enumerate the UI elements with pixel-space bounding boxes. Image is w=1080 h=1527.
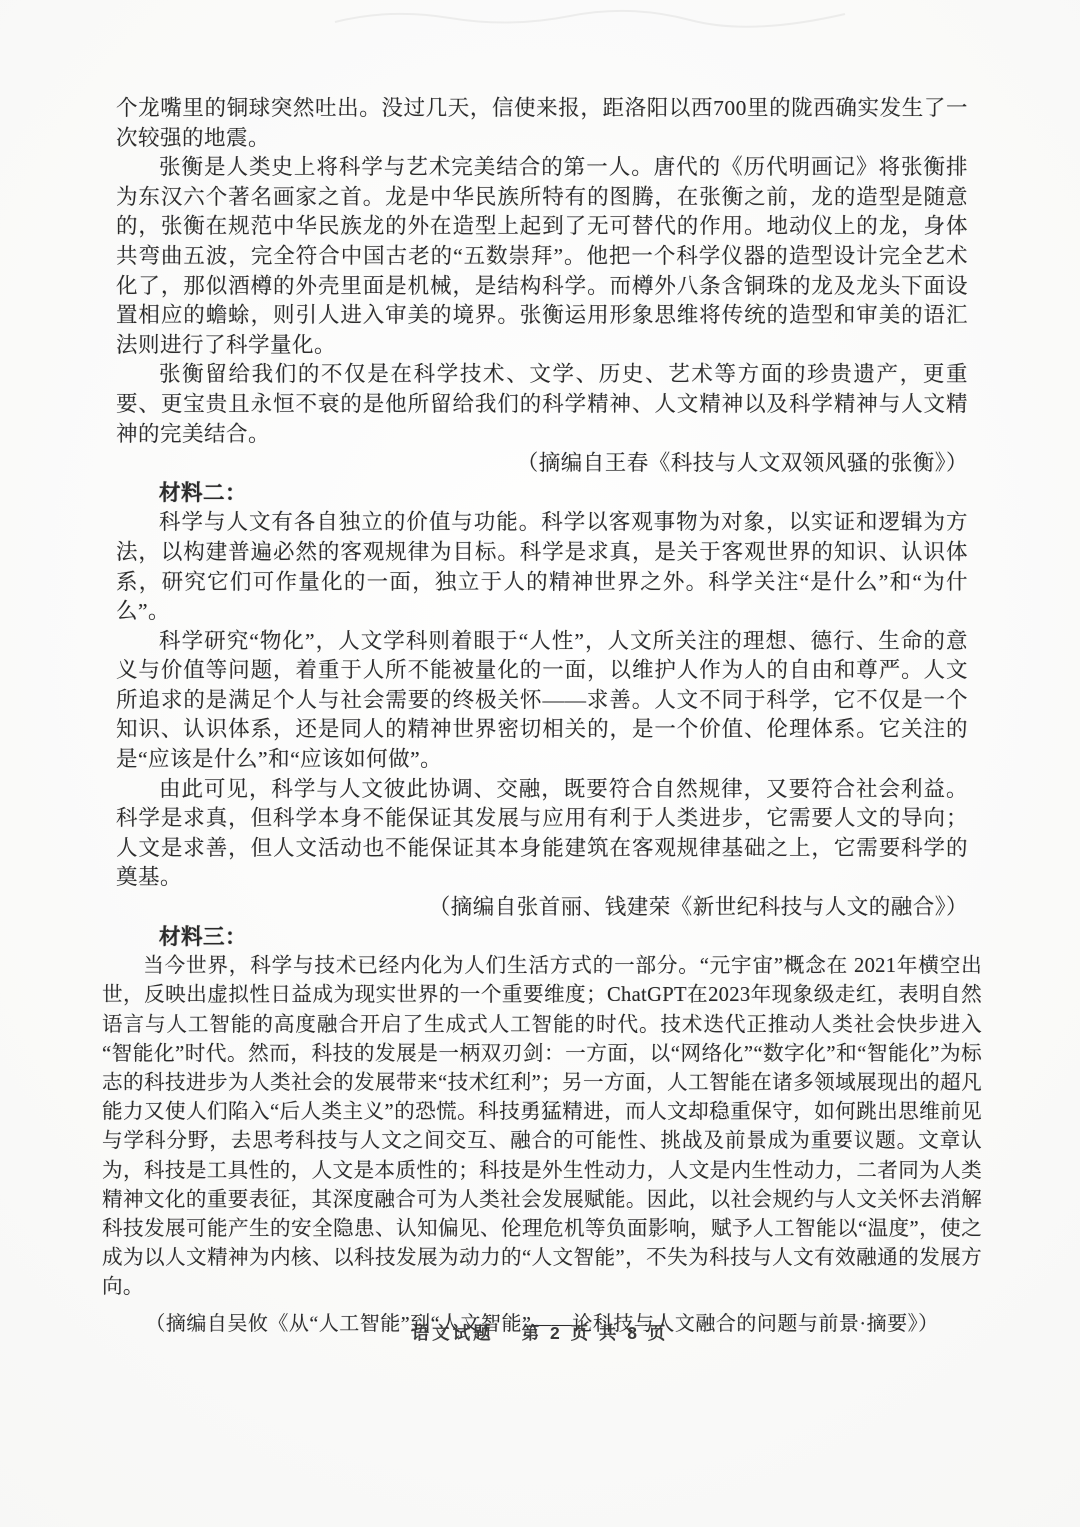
zhangheng-art-science-paragraph: 张衡是人类史上将科学与艺术完美结合的第一人。唐代的《历代明画记》将张衡排为东汉六… [116, 153, 968, 360]
footer-doc-title: 语文试题 [412, 1323, 494, 1343]
document-body: 个龙嘴里的铜球突然吐出。没过几天，信使来报，距洛阳以西700里的陇西确实发生了一… [116, 94, 968, 1339]
material-2-attribution: （摘编自张首丽、钱建荣《新世纪科技与人文的融合》） [116, 893, 968, 923]
humanities-nature-paragraph: 科学研究“物化”，人文学科则着眼于“人性”，人文所关注的理想、德行、生命的意义与… [116, 627, 968, 775]
exam-paper-page: 个龙嘴里的铜球突然吐出。没过几天，信使来报，距洛阳以西700里的陇西确实发生了一… [0, 0, 1080, 1527]
science-humanities-values-paragraph: 科学与人文有各自独立的价值与功能。科学以客观事物为对象，以实证和逻辑为方法，以构… [116, 508, 968, 626]
material-1-attribution: （摘编自王春《科技与人文双领风骚的张衡》） [116, 449, 968, 479]
zhangheng-legacy-paragraph: 张衡留给我们的不仅是在科学技术、文学、历史、艺术等方面的珍贵遗产，更重要、更宝贵… [116, 360, 968, 449]
page-footer: 语文试题第 2 页 共 8 页 [0, 1320, 1080, 1345]
continuation-paragraph: 个龙嘴里的铜球突然吐出。没过几天，信使来报，距洛阳以西700里的陇西确实发生了一… [116, 94, 968, 153]
scan-smudge-artifact [330, 4, 850, 30]
footer-page-indicator: 第 2 页 共 8 页 [522, 1323, 669, 1343]
material-2-label: 材料二： [116, 479, 968, 509]
ai-era-paragraph: 当今世界，科学与技术已经内化为人们生活方式的一部分。“元宇宙”概念在 2021年… [102, 952, 982, 1302]
material-3-label: 材料三： [116, 923, 968, 953]
mutual-need-paragraph: 由此可见，科学与人文彼此协调、交融，既要符合自然规律，又要符合社会利益。科学是求… [116, 775, 968, 893]
